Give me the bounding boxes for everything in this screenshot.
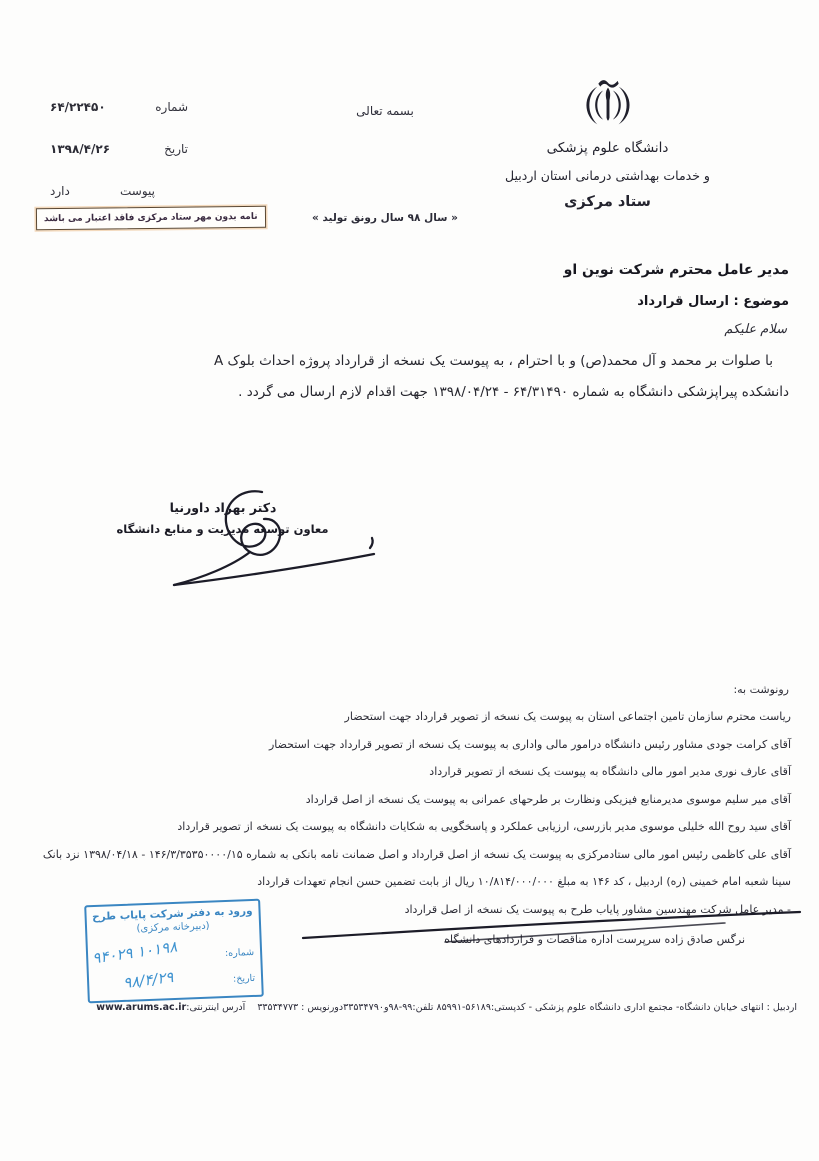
letter-number-row: شماره ۶۴/۲۲۴۵۰ <box>50 100 188 114</box>
body-paragraph-line2: دانشکده پیراپزشکی دانشگاه به شماره ۶۴/۳۱… <box>238 384 789 400</box>
pen-strike-mark <box>295 898 810 953</box>
cc-item: آقای سید روح الله خلیلی موسوی مدیر بازرس… <box>29 813 791 841</box>
entry-stamp-number-label: شماره: <box>225 947 255 959</box>
attachment-label: پیوست <box>120 184 155 198</box>
entry-stamp-date-handwritten: ۹۸/۴/۲۹ <box>122 968 174 992</box>
recipient-line: مدیر عامل محترم شرکت نوین او <box>564 262 789 278</box>
subject-line: موضوع : ارسال قرارداد <box>637 294 789 309</box>
org-name-line1: دانشگاه علوم پزشکی <box>490 140 725 156</box>
entry-stamp-date-label: تاریخ: <box>233 973 256 985</box>
handwritten-signature <box>112 486 412 616</box>
cc-item: آقای علی کاظمی رئیس امور مالی ستادمرکزی … <box>29 841 791 896</box>
footer-line: اردبیل : انتهای خیابان دانشگاه- مجتمع اد… <box>96 1002 797 1013</box>
cc-item: آقای کرامت جودی مشاور رئیس دانشگاه درامو… <box>29 731 791 759</box>
number-value: ۶۴/۲۲۴۵۰ <box>50 100 106 114</box>
entry-stamp-number-handwritten: ۱۰۱۹۸ ۹۴۰۲۹ <box>91 938 178 968</box>
cc-item: ریاست محترم سازمان تامین اجتماعی استان ب… <box>29 703 791 731</box>
footer-website: www.arums.ac.ir <box>96 1002 186 1013</box>
cc-list: ریاست محترم سازمان تامین اجتماعی استان ب… <box>29 703 791 923</box>
footer-address: اردبیل : انتهای خیابان دانشگاه- مجتمع اد… <box>257 1002 797 1013</box>
validity-note-text: نامه بدون مهر ستاد مرکزی فاقد اعتبار می … <box>44 212 258 224</box>
cc-item: آقای عارف نوری مدیر امور مالی دانشگاه به… <box>29 758 791 786</box>
date-value: ۱۳۹۸/۴/۲۶ <box>50 142 110 156</box>
attachment-value: دارد <box>50 184 70 198</box>
cc-item: آقای میر سلیم موسوی مدیرمنابع فیزیکی ونظ… <box>29 786 791 814</box>
number-label: شماره <box>155 100 188 114</box>
iran-emblem-icon <box>577 74 639 138</box>
org-name-line3: ستاد مرکزی <box>490 194 725 210</box>
entry-stamp: ورود به دفتر شرکت پایاب طرح (دبیرخانه مر… <box>84 899 264 1004</box>
year-slogan: « سال ۹۸ سال رونق تولید » <box>290 212 480 224</box>
body-paragraph-line1: با صلوات بر محمد و آل محمد(ص) و با احترا… <box>214 353 773 369</box>
letter-date-row: تاریخ ۱۳۹۸/۴/۲۶ <box>50 142 188 156</box>
org-name-line2: و خدمات بهداشتی درمانی استان اردبیل <box>490 168 725 183</box>
bismillah-text: بسمه تعالی <box>315 104 455 118</box>
attachment-row: پیوست دارد <box>50 184 155 198</box>
footer-website-label: آدرس اینترنتی: <box>186 1002 245 1013</box>
scanned-letter-page: شماره ۶۴/۲۲۴۵۰ تاریخ ۱۳۹۸/۴/۲۶ پیوست دار… <box>0 0 819 1161</box>
date-label: تاریخ <box>164 142 188 156</box>
validity-note-box: نامه بدون مهر ستاد مرکزی فاقد اعتبار می … <box>36 206 266 230</box>
cc-heading: رونوشت به: <box>733 683 789 696</box>
salutation-line: سلام علیکم <box>724 322 787 337</box>
